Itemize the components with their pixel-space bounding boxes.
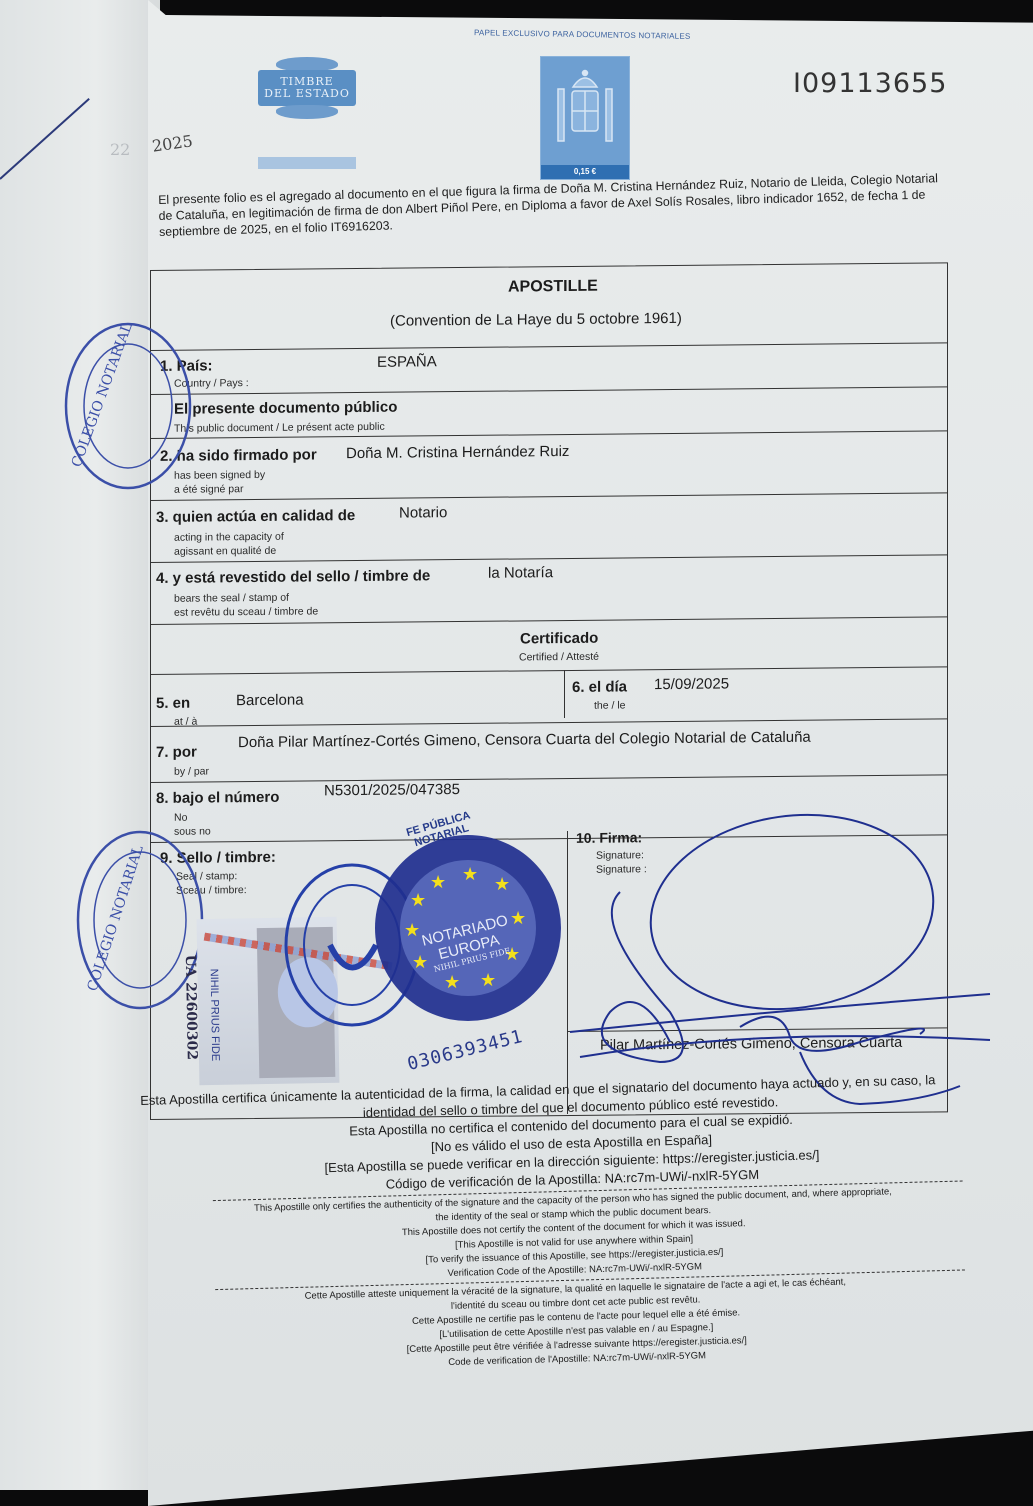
certified-label: Certificado	[520, 630, 598, 648]
pen-mark	[0, 98, 90, 180]
ornament-icon	[276, 105, 338, 119]
stamp-price: 0,15 €	[541, 165, 629, 179]
timbre-bar	[258, 157, 356, 169]
place-value: Barcelona	[236, 692, 304, 710]
timbre-del-estado-emblem: TIMBRE DEL ESTADO	[258, 55, 356, 121]
strip-number: UA 22600302	[182, 954, 200, 1060]
date-sub: the / le	[594, 699, 626, 711]
signed-by-value: Doña M. Cristina Hernández Ruiz	[346, 443, 569, 462]
capacity-sub1: acting in the capacity of	[174, 531, 284, 544]
strip-motto: NIHIL PRIUS FIDE	[208, 969, 222, 1062]
capacity-value: Notario	[399, 504, 447, 521]
svg-text:★: ★	[480, 970, 496, 990]
handwritten-signature	[560, 812, 1000, 1112]
svg-text:★: ★	[430, 872, 446, 892]
left-facing-page: 22	[0, 0, 160, 1490]
apostille-title: APOSTILLE	[508, 278, 598, 297]
seal-of-sub1: bears the seal / stamp of	[174, 592, 289, 605]
faint-margin-number: 22	[110, 140, 130, 159]
svg-text:★: ★	[444, 972, 460, 992]
date-label: 6. el día	[572, 678, 627, 696]
colegio-notarial-seal-top: COLEGIO NOTARIAL	[60, 318, 200, 498]
svg-text:COLEGIO NOTARIAL: COLEGIO NOTARIAL	[69, 321, 136, 470]
place-label: 5. en	[156, 695, 190, 712]
by-sub: by / par	[174, 765, 209, 777]
seal-of-label: 4. y está revestido del sello / timbre d…	[156, 567, 430, 587]
svg-text:★: ★	[410, 890, 426, 910]
coat-of-arms-icon	[555, 67, 615, 157]
by-label: 7. por	[156, 744, 197, 761]
apostille-footer: Esta Apostilla certifica únicamente la a…	[140, 1069, 1007, 1377]
serial-number: I09113655	[793, 68, 947, 99]
certified-sub: Certified / Attesté	[519, 651, 599, 664]
country-value: ESPAÑA	[377, 353, 437, 371]
apostille-subtitle: (Convention de La Haye du 5 octobre 1961…	[390, 310, 682, 330]
public-doc-sub: This public document / Le présent acte p…	[174, 421, 385, 435]
seal-of-sub2: est revêtu du sceau / timbre de	[174, 605, 318, 618]
capacity-label: 3. quien actúa en calidad de	[156, 507, 355, 526]
capacity-sub2: agissant en qualité de	[174, 545, 276, 558]
date-value: 15/09/2025	[654, 675, 729, 693]
ornament-icon	[276, 57, 338, 71]
seal-of-value: la Notaría	[488, 564, 553, 582]
state-stamp: 0,15 €	[540, 56, 630, 180]
number-value: N5301/2025/047385	[324, 781, 460, 799]
timbre-line2: DEL ESTADO	[264, 88, 350, 100]
footer-spanish: Esta Apostilla certifica únicamente la a…	[140, 1069, 1003, 1199]
public-doc-label: El presente documento público	[174, 399, 397, 418]
svg-text:★: ★	[494, 874, 510, 894]
svg-text:★: ★	[462, 864, 478, 884]
number-label: 8. bajo el número	[156, 789, 279, 807]
